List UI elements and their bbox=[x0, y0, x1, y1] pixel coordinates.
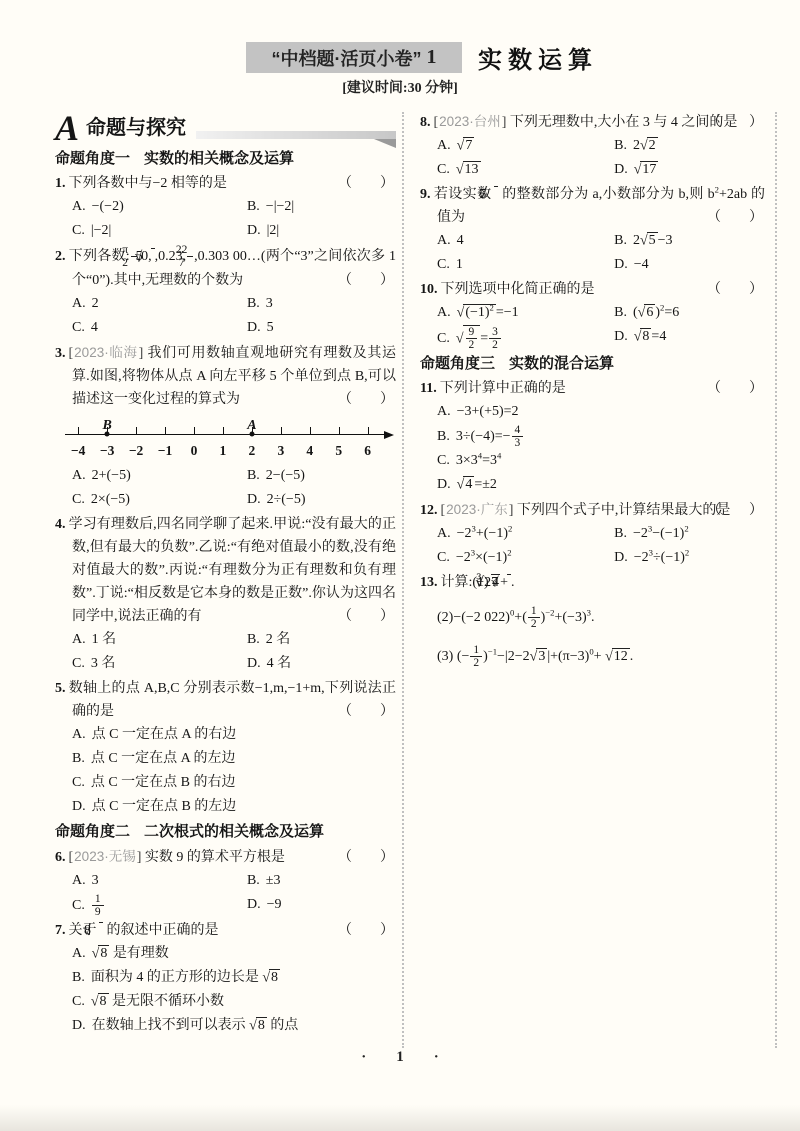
angle-heading-1: 命题角度一实数的相关概念及运算 bbox=[55, 148, 396, 170]
question-stem: 4.学习有理数后,四名同学聊了起来.甲说:“没有最大的正数,但有最大的负数”.乙… bbox=[55, 513, 396, 628]
tick-label: −4 bbox=[71, 439, 85, 462]
option: B.(√6)2=6 bbox=[614, 301, 765, 325]
options: A.√8 是有理数 B.面积为 4 的正方形的边长是 √8 C.√8 是无限不循… bbox=[55, 942, 396, 1038]
right-column: 8.[2023·台州] 下列无理数中,大小在 3 与 4 之间的是 （ ） A.… bbox=[420, 110, 765, 681]
axis-arrow-icon bbox=[384, 431, 394, 439]
option: B.2√2 bbox=[614, 134, 765, 158]
number-line-figure: B A −4 −3 −2 −1 0 bbox=[65, 414, 394, 462]
badge-text: “中档题·活页小卷” bbox=[272, 45, 422, 71]
answer-paren: （ ） bbox=[338, 388, 394, 411]
page-bottom-shade bbox=[0, 1105, 800, 1131]
tick-mark bbox=[281, 427, 282, 435]
question-stem: 12.[2023·广东] 下列四个式子中,计算结果最大的是 （ ） bbox=[420, 498, 765, 522]
badge-number: 1 bbox=[427, 46, 437, 69]
option: B.2√5−3 bbox=[614, 229, 765, 253]
option: D.−23÷(−1)2 bbox=[614, 546, 765, 570]
section-arrow-icon bbox=[374, 139, 396, 148]
tick-mark bbox=[310, 427, 311, 435]
answer-paren: （ ） bbox=[338, 172, 394, 195]
options: A.−3+(+5)=2 B.3÷(−4)=−43 C.3×34=34 D.√4=… bbox=[420, 400, 765, 497]
option: D.√17 bbox=[614, 158, 765, 182]
question-10: 10.下列选项中化简正确的是 （ ） A.√(−1)2=−1 B.(√6)2=6… bbox=[420, 278, 765, 351]
options: A.4 B.2√5−3 C.1 D.−4 bbox=[420, 229, 765, 277]
question-3: 3.[2023·临海] 我们可用数轴直观地研究有理数及其运算.如图,将物体从点 … bbox=[55, 341, 396, 512]
page-number: 1 bbox=[396, 1049, 404, 1066]
option: C.1 bbox=[437, 253, 614, 277]
answer-paren: （ ） bbox=[338, 846, 394, 869]
option: B.点 C 一定在点 A 的左边 bbox=[72, 747, 396, 771]
page-footer: · 1 · bbox=[0, 1049, 800, 1066]
answer-paren: （ ） bbox=[707, 377, 763, 400]
options: A.√7 B.2√2 C.√13 D.√17 bbox=[420, 134, 765, 182]
point-b-dot bbox=[105, 432, 110, 437]
option: C.3 名 bbox=[72, 652, 247, 676]
question-stem: 7.关于 √8 的叙述中正确的是 （ ） bbox=[55, 919, 396, 942]
tick-label: 4 bbox=[306, 439, 313, 462]
source-tag: 2023·临海 bbox=[74, 345, 138, 360]
tick-label: 1 bbox=[220, 439, 227, 462]
option: D.√4=±2 bbox=[437, 473, 765, 497]
options: A.−23+(−1)2 B.−23−(−1)2 C.−23×(−1)2 D.−2… bbox=[420, 522, 765, 570]
section-a-header: A 命题与探究 bbox=[55, 110, 396, 146]
option: A.−3+(+5)=2 bbox=[437, 400, 765, 424]
tick-mark bbox=[339, 427, 340, 435]
option: C.−23×(−1)2 bbox=[437, 546, 614, 570]
answer-paren: （ ） bbox=[338, 269, 394, 292]
question-stem: 8.[2023·台州] 下列无理数中,大小在 3 与 4 之间的是 （ ） bbox=[420, 110, 765, 134]
option: B.3 bbox=[247, 292, 396, 316]
question-7: 7.关于 √8 的叙述中正确的是 （ ） A.√8 是有理数 B.面积为 4 的… bbox=[55, 919, 396, 1038]
option: D.在数轴上找不到可以表示 √8 的点 bbox=[72, 1014, 396, 1038]
option: A.√7 bbox=[437, 134, 614, 158]
options: A.2 B.3 C.4 D.5 bbox=[55, 292, 396, 340]
tick-label: 0 bbox=[191, 439, 198, 462]
question-9: 9.若设实数 √5 的整数部分为 a,小数部分为 b,则 b2+2ab 的值为 … bbox=[420, 183, 765, 277]
option: A.1 名 bbox=[72, 628, 247, 652]
question-stem: 1.下列各数中与−2 相等的是 （ ） bbox=[55, 172, 396, 195]
option: D.|2| bbox=[247, 219, 396, 243]
option: B.2 名 bbox=[247, 628, 396, 652]
option: D.√8=4 bbox=[614, 325, 765, 351]
footer-dot: · bbox=[361, 1049, 366, 1066]
option: B.3÷(−4)=−43 bbox=[437, 424, 765, 449]
option: A.√8 是有理数 bbox=[72, 942, 396, 966]
question-13: 13.计算:(1) ∛−27+√4. (2)−(−2 022)0+(12)−2+… bbox=[420, 571, 765, 672]
question-8: 8.[2023·台州] 下列无理数中,大小在 3 与 4 之间的是 （ ） A.… bbox=[420, 110, 765, 182]
answer-paren: （ ） bbox=[338, 605, 394, 628]
option: A.3 bbox=[72, 869, 247, 893]
option: A.−(−2) bbox=[72, 195, 247, 219]
source-tag: 2023·无锡 bbox=[74, 849, 136, 864]
answer-paren: （ ） bbox=[707, 499, 763, 522]
option: C.√8 是无限不循环小数 bbox=[72, 990, 396, 1014]
tick-label: −1 bbox=[158, 439, 172, 462]
question-stem: 6.[2023·无锡] 实数 9 的算术平方根是 （ ） bbox=[55, 845, 396, 869]
worksheet-page: “中档题·活页小卷”1 实数运算 [建议时间:30 分钟] A 命题与探究 命题… bbox=[0, 0, 800, 1131]
option: A.−23+(−1)2 bbox=[437, 522, 614, 546]
tick-label: −2 bbox=[129, 439, 143, 462]
option: C.3×34=34 bbox=[437, 449, 765, 473]
angle-heading-2: 命题角度二二次根式的相关概念及运算 bbox=[55, 821, 396, 843]
options: A.2+(−5) B.2−(−5) C.2×(−5) D.2÷(−5) bbox=[55, 464, 396, 512]
option: C.2×(−5) bbox=[72, 488, 247, 512]
right-edge-rule bbox=[775, 112, 777, 1048]
options: A.√(−1)2=−1 B.(√6)2=6 C.√92=32 D.√8=4 bbox=[420, 301, 765, 351]
options: A.−(−2) B.−|−2| C.|−2| D.|2| bbox=[55, 195, 396, 243]
tick-mark bbox=[165, 427, 166, 435]
answer-paren: （ ） bbox=[707, 111, 763, 134]
question-stem: 3.[2023·临海] 我们可用数轴直观地研究有理数及其运算.如图,将物体从点 … bbox=[55, 341, 396, 411]
footer-dot: · bbox=[434, 1049, 439, 1066]
tick-label: 6 bbox=[364, 439, 371, 462]
option: D.4 名 bbox=[247, 652, 396, 676]
option: B.2−(−5) bbox=[247, 464, 396, 488]
suggested-time-note: [建议时间:30 分钟] bbox=[0, 77, 800, 97]
tick-mark bbox=[194, 427, 195, 435]
tick-label: 2 bbox=[248, 439, 255, 462]
tick-mark bbox=[223, 427, 224, 435]
option: D.5 bbox=[247, 316, 396, 340]
section-letter: A bbox=[55, 110, 79, 146]
option: A.4 bbox=[437, 229, 614, 253]
option: A.点 C 一定在点 A 的右边 bbox=[72, 723, 396, 747]
calc-part-3: (3) (−12)−1−|2−2√3|+(π−3)0+ √12. bbox=[420, 642, 765, 672]
calc-part-2: (2)−(−2 022)0+(12)−2+(−3)3. bbox=[420, 603, 765, 633]
options: A.1 名 B.2 名 C.3 名 D.4 名 bbox=[55, 628, 396, 676]
options: A.点 C 一定在点 A 的右边 B.点 C 一定在点 A 的左边 C.点 C … bbox=[55, 723, 396, 819]
option: D.2÷(−5) bbox=[247, 488, 396, 512]
question-6: 6.[2023·无锡] 实数 9 的算术平方根是 （ ） A.3 B.±3 C.… bbox=[55, 845, 396, 918]
option: B.±3 bbox=[247, 869, 396, 893]
question-5: 5.数轴上的点 A,B,C 分别表示数−1,m,−1+m,下列说法正确的是 （ … bbox=[55, 677, 396, 819]
option: B.面积为 4 的正方形的边长是 √8 bbox=[72, 966, 396, 990]
option: B.−23−(−1)2 bbox=[614, 522, 765, 546]
answer-paren: （ ） bbox=[707, 278, 763, 301]
option: C.点 C 一定在点 B 的右边 bbox=[72, 771, 396, 795]
option: C.|−2| bbox=[72, 219, 247, 243]
page-title: 实数运算 bbox=[478, 40, 598, 75]
angle-heading-3: 命题角度三实数的混合运算 bbox=[420, 353, 765, 375]
option: C.19 bbox=[72, 893, 247, 918]
option: B.−|−2| bbox=[247, 195, 396, 219]
question-stem: 5.数轴上的点 A,B,C 分别表示数−1,m,−1+m,下列说法正确的是 （ … bbox=[55, 677, 396, 723]
tick-label: −3 bbox=[100, 439, 114, 462]
options: A.3 B.±3 C.19 D.−9 bbox=[55, 869, 396, 918]
question-12: 12.[2023·广东] 下列四个式子中,计算结果最大的是 （ ） A.−23+… bbox=[420, 498, 765, 570]
tick-mark bbox=[78, 427, 79, 435]
source-tag: 2023·台州 bbox=[439, 114, 501, 129]
option: A.2 bbox=[72, 292, 247, 316]
question-4: 4.学习有理数后,四名同学聊了起来.甲说:“没有最大的正数,但有最大的负数”.乙… bbox=[55, 513, 396, 676]
option: D.−9 bbox=[247, 893, 396, 918]
source-tag: 2023·广东 bbox=[446, 502, 508, 517]
option: D.点 C 一定在点 B 的左边 bbox=[72, 795, 396, 819]
option: A.√(−1)2=−1 bbox=[437, 301, 614, 325]
question-stem: 2.下列各数:π2,0,√5,0.23̇,227,0.303 00…(两个“3”… bbox=[55, 244, 396, 292]
tick-label: 5 bbox=[335, 439, 342, 462]
point-a-dot bbox=[249, 432, 254, 437]
option: D.−4 bbox=[614, 253, 765, 277]
section-bar bbox=[196, 131, 396, 139]
option: C.√92=32 bbox=[437, 325, 614, 351]
answer-paren: （ ） bbox=[338, 919, 394, 942]
column-divider bbox=[402, 112, 404, 1048]
tick-mark bbox=[136, 427, 137, 435]
left-column: A 命题与探究 命题角度一实数的相关概念及运算 1.下列各数中与−2 相等的是 … bbox=[55, 110, 396, 1039]
question-stem: 13.计算:(1) ∛−27+√4. bbox=[420, 571, 765, 594]
question-1: 1.下列各数中与−2 相等的是 （ ） A.−(−2) B.−|−2| C.|−… bbox=[55, 172, 396, 243]
question-2: 2.下列各数:π2,0,√5,0.23̇,227,0.303 00…(两个“3”… bbox=[55, 244, 396, 340]
question-stem: 9.若设实数 √5 的整数部分为 a,小数部分为 b,则 b2+2ab 的值为 … bbox=[420, 183, 765, 229]
question-stem: 10.下列选项中化简正确的是 （ ） bbox=[420, 278, 765, 301]
option: A.2+(−5) bbox=[72, 464, 247, 488]
question-11: 11.下列计算中正确的是 （ ） A.−3+(+5)=2 B.3÷(−4)=−4… bbox=[420, 377, 765, 497]
section-title: 命题与探究 bbox=[86, 117, 186, 140]
option: C.4 bbox=[72, 316, 247, 340]
option: C.√13 bbox=[437, 158, 614, 182]
header-badge: “中档题·活页小卷”1 bbox=[246, 42, 462, 73]
question-stem: 11.下列计算中正确的是 （ ） bbox=[420, 377, 765, 400]
tick-mark bbox=[368, 427, 369, 435]
tick-label: 3 bbox=[277, 439, 284, 462]
answer-paren: （ ） bbox=[338, 700, 394, 723]
answer-paren: （ ） bbox=[707, 206, 763, 229]
